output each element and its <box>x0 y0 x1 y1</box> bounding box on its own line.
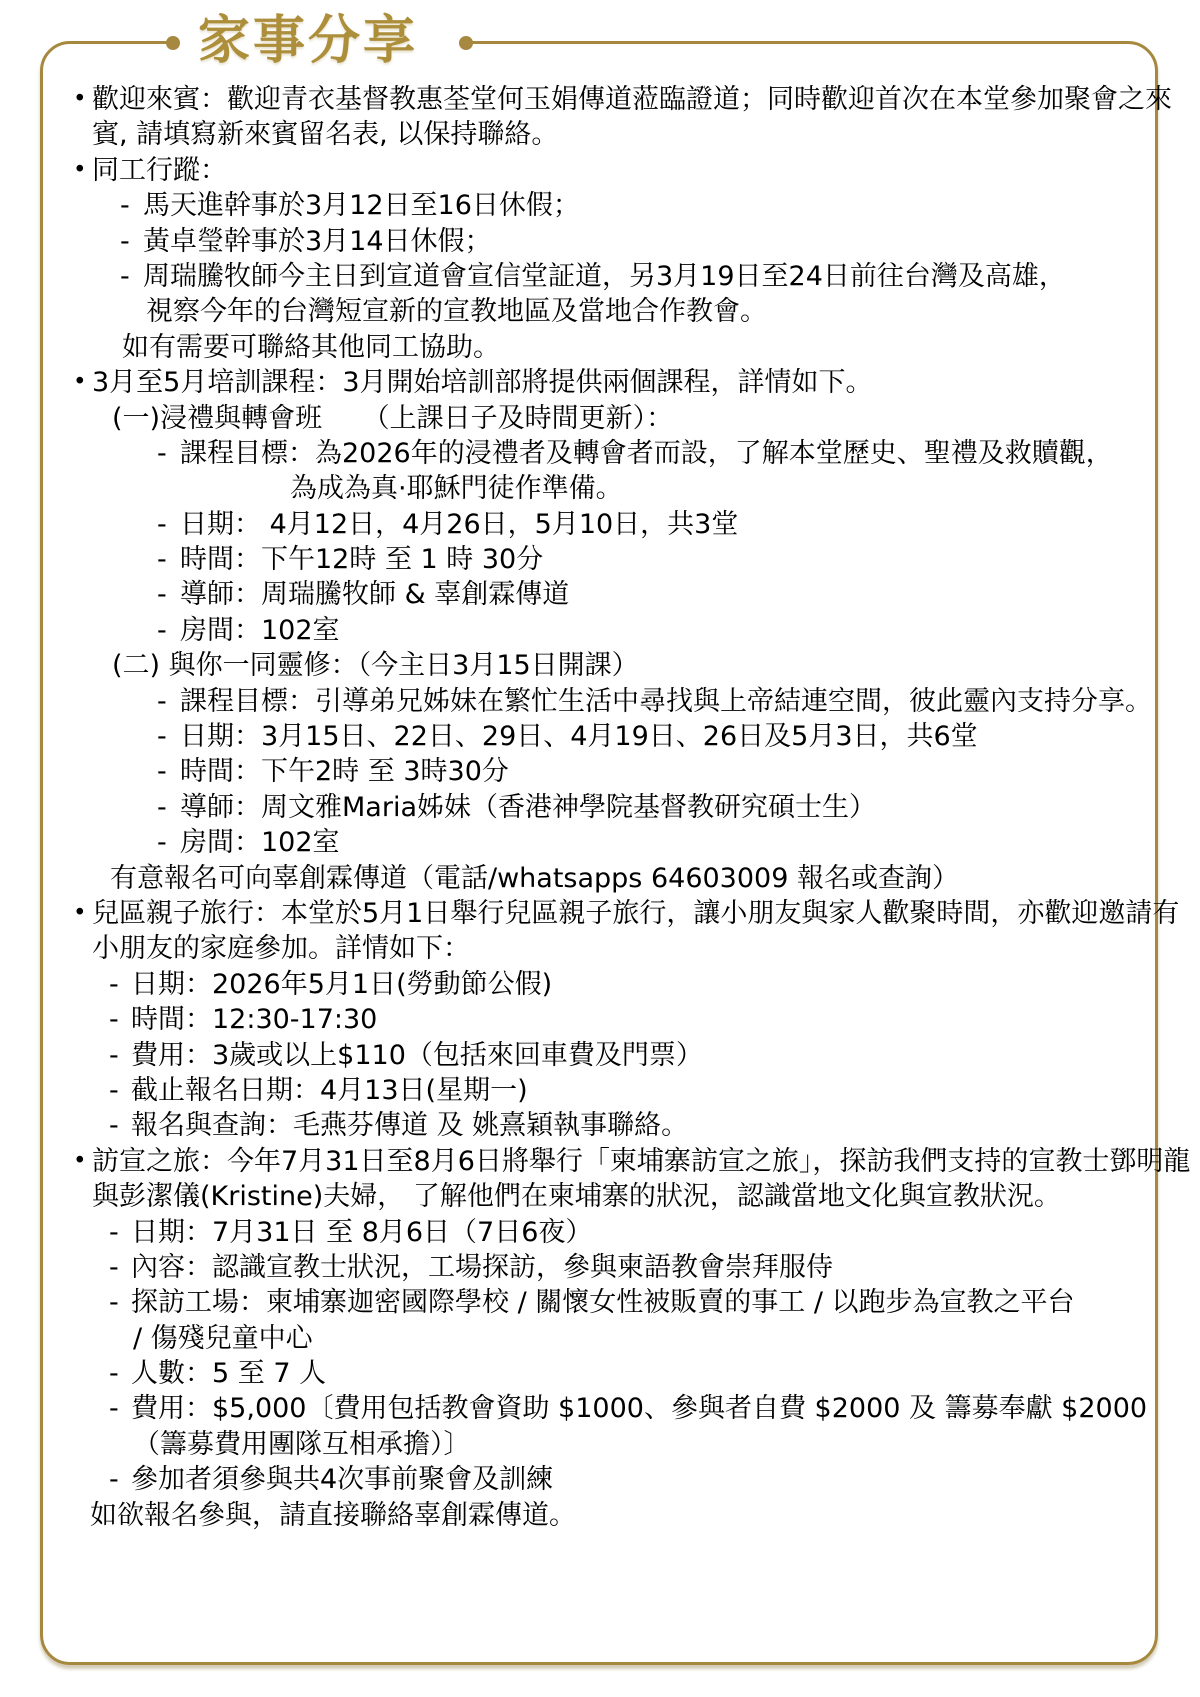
list-item: -時間：12:30-17:30 <box>0 1002 1200 1037</box>
list-item: -參加者須參與共4次事前聚會及訓練 <box>0 1462 1200 1497</box>
line-text: 導師：周文雅Maria姊妹（香港神學院基督教研究碩士生） <box>180 792 876 823</box>
line-text: 黃卓瑩幹事於3月14日休假； <box>143 226 492 257</box>
line-text: 時間：下午12時 至 1 時 30分 <box>180 544 543 575</box>
dash-marker: - <box>109 1250 119 1285</box>
content-list: •歡迎來賓：歡迎青衣基督教惠荃堂何玉娟傳道蒞臨證道；同時歡迎首次在本堂參加聚會之… <box>0 82 1200 1533</box>
list-item: •兒區親子旅行：本堂於5月1日舉行兒區親子旅行，讓小朋友與家人歡聚時間，亦歡迎邀… <box>0 896 1200 931</box>
list-item: 為成為真·耶穌門徒作準備。 <box>0 471 1200 506</box>
line-text: 日期：2026年5月1日(勞動節公假) <box>131 969 552 1000</box>
line-text: 課程目標：引導弟兄姊妹在繁忙生活中尋找與上帝結連空間，彼此靈內支持分享。 <box>180 686 1152 717</box>
list-item: 小朋友的家庭參加。詳情如下： <box>0 931 1200 966</box>
line-text: 日期：7月31日 至 8月6日（7日6夜） <box>131 1217 592 1248</box>
list-item: -日期： 4月12日，4月26日，5月10日，共3堂 <box>0 507 1200 542</box>
list-item: -時間：下午12時 至 1 時 30分 <box>0 542 1200 577</box>
dash-marker: - <box>109 1356 119 1391</box>
line-text: 費用：3歲或以上$110（包括來回車費及門票） <box>131 1040 703 1071</box>
list-item: -截止報名日期：4月13日(星期一) <box>0 1073 1200 1108</box>
line-text: 周瑞騰牧師今主日到宣道會宣信堂証道，另3月19日至24日前往台灣及高雄， <box>143 261 1066 292</box>
list-item: -導師：周文雅Maria姊妹（香港神學院基督教研究碩士生） <box>0 790 1200 825</box>
list-item: -時間：下午2時 至 3時30分 <box>0 754 1200 789</box>
dash-marker: - <box>109 1038 119 1073</box>
list-item: •歡迎來賓：歡迎青衣基督教惠荃堂何玉娟傳道蒞臨證道；同時歡迎首次在本堂參加聚會之… <box>0 82 1200 117</box>
line-text: 房間：102室 <box>180 827 340 858</box>
list-item: -人數：5 至 7 人 <box>0 1356 1200 1391</box>
list-item: •3月至5月培訓課程：3月開始培訓部將提供兩個課程，詳情如下。 <box>0 365 1200 400</box>
line-text: 與彭潔儀(Kristine)夫婦， 了解他們在柬埔寨的狀況，認識當地文化與宣教狀… <box>92 1181 1061 1212</box>
line-text: 同工行蹤： <box>92 155 227 186</box>
list-item: -課程目標：為2026年的浸禮者及轉會者而設，了解本堂歷史、聖禮及救贖觀， <box>0 436 1200 471</box>
list-item: -費用：$5,000〔費用包括教會資助 $1000、參與者自費 $2000 及 … <box>0 1391 1200 1426</box>
bullet-marker: • <box>73 153 87 188</box>
list-item: -黃卓瑩幹事於3月14日休假； <box>0 224 1200 259</box>
line-text: 報名與查詢：毛燕芬傳道 及 姚熹穎執事聯絡。 <box>131 1110 688 1141</box>
dash-marker: - <box>157 507 167 542</box>
dash-marker: - <box>157 613 167 648</box>
line-text: / 傷殘兒童中心 <box>133 1323 313 1354</box>
line-text: 視察今年的台灣短宣新的宣教地區及當地合作教會。 <box>146 296 767 327</box>
list-item: -課程目標：引導弟兄姊妹在繁忙生活中尋找與上帝結連空間，彼此靈內支持分享。 <box>0 684 1200 719</box>
bullet-marker: • <box>73 365 87 400</box>
line-text: 日期： 4月12日，4月26日，5月10日，共3堂 <box>180 509 738 540</box>
line-text: 探訪工場：柬埔寨迦密國際學校 / 關懷女性被販賣的事工 / 以跑步為宣教之平台 <box>131 1287 1075 1318</box>
line-text: 課程目標：為2026年的浸禮者及轉會者而設，了解本堂歷史、聖禮及救贖觀， <box>180 438 1113 469</box>
line-text: (一)浸禮與轉會班 （上課日子及時間更新）： <box>112 403 673 434</box>
list-item: 賓, 請填寫新來賓留名表, 以保持聯絡。 <box>0 117 1200 152</box>
dash-marker: - <box>157 542 167 577</box>
line-text: 內容：認識宣教士狀況，工場探訪，參與柬語教會崇拜服侍 <box>131 1252 833 1283</box>
line-text: 3月至5月培訓課程：3月開始培訓部將提供兩個課程，詳情如下。 <box>92 367 873 398</box>
list-item: -周瑞騰牧師今主日到宣道會宣信堂証道，另3月19日至24日前往台灣及高雄， <box>0 259 1200 294</box>
dash-marker: - <box>109 1073 119 1108</box>
dash-marker: - <box>109 1285 119 1320</box>
dash-marker: - <box>120 224 130 259</box>
list-item: 與彭潔儀(Kristine)夫婦， 了解他們在柬埔寨的狀況，認識當地文化與宣教狀… <box>0 1179 1200 1214</box>
list-item: 如欲報名參與，請直接聯絡辜創霖傳道。 <box>0 1498 1200 1533</box>
line-text: (二) 與你一同靈修：（今主日3月15日開課） <box>112 650 639 681</box>
line-text: 截止報名日期：4月13日(星期一) <box>131 1075 528 1106</box>
list-item: -導師：周瑞騰牧師 & 辜創霖傳道 <box>0 577 1200 612</box>
dash-marker: - <box>109 967 119 1002</box>
title-left-dot-icon <box>166 36 180 50</box>
line-text: 時間：下午2時 至 3時30分 <box>180 756 509 787</box>
dash-marker: - <box>120 188 130 223</box>
list-item: / 傷殘兒童中心 <box>0 1321 1200 1356</box>
list-item: (二) 與你一同靈修：（今主日3月15日開課） <box>0 648 1200 683</box>
line-text: 兒區親子旅行：本堂於5月1日舉行兒區親子旅行，讓小朋友與家人歡聚時間，亦歡迎邀請… <box>92 898 1179 929</box>
dash-marker: - <box>109 1108 119 1143</box>
line-text: 參加者須參與共4次事前聚會及訓練 <box>131 1464 553 1495</box>
dash-marker: - <box>157 684 167 719</box>
list-item: -房間：102室 <box>0 825 1200 860</box>
line-text: 日期：3月15日、22日、29日、4月19日、26日及5月3日，共6堂 <box>180 721 978 752</box>
list-item: -日期：2026年5月1日(勞動節公假) <box>0 967 1200 1002</box>
list-item: -日期：3月15日、22日、29日、4月19日、26日及5月3日，共6堂 <box>0 719 1200 754</box>
line-text: 馬天進幹事於3月12日至16日休假； <box>143 190 580 221</box>
line-text: 人數：5 至 7 人 <box>131 1358 326 1389</box>
list-item: -房間：102室 <box>0 613 1200 648</box>
list-item: -日期：7月31日 至 8月6日（7日6夜） <box>0 1215 1200 1250</box>
line-text: 費用：$5,000〔費用包括教會資助 $1000、參與者自費 $2000 及 籌… <box>131 1393 1147 1424</box>
line-text: （籌募費用團隊互相承擔）〕 <box>133 1429 471 1460</box>
dash-marker: - <box>109 1462 119 1497</box>
list-item: •同工行蹤： <box>0 153 1200 188</box>
line-text: 導師：周瑞騰牧師 & 辜創霖傳道 <box>180 579 569 610</box>
list-item: •訪宣之旅：今年7月31日至8月6日將舉行「柬埔寨訪宣之旅」，探訪我們支持的宣教… <box>0 1144 1200 1179</box>
line-text: 訪宣之旅：今年7月31日至8月6日將舉行「柬埔寨訪宣之旅」，探訪我們支持的宣教士… <box>92 1146 1190 1177</box>
line-text: 小朋友的家庭參加。詳情如下： <box>92 933 470 964</box>
bullet-marker: • <box>73 1144 87 1179</box>
bullet-marker: • <box>73 82 87 117</box>
list-item: -馬天進幹事於3月12日至16日休假； <box>0 188 1200 223</box>
line-text: 如欲報名參與，請直接聯絡辜創霖傳道。 <box>90 1500 576 1531</box>
title-right-dot-icon <box>459 36 473 50</box>
dash-marker: - <box>157 436 167 471</box>
bullet-marker: • <box>73 896 87 931</box>
line-text: 如有需要可聯絡其他同工協助。 <box>122 332 500 363</box>
list-item: （籌募費用團隊互相承擔）〕 <box>0 1427 1200 1462</box>
line-text: 有意報名可向辜創霖傳道（電話/whatsapps 64603009 報名或查詢） <box>110 863 959 894</box>
dash-marker: - <box>109 1391 119 1426</box>
line-text: 賓, 請填寫新來賓留名表, 以保持聯絡。 <box>92 119 558 150</box>
list-item: 視察今年的台灣短宣新的宣教地區及當地合作教會。 <box>0 294 1200 329</box>
list-item: -內容：認識宣教士狀況，工場探訪，參與柬語教會崇拜服侍 <box>0 1250 1200 1285</box>
dash-marker: - <box>157 577 167 612</box>
list-item: -費用：3歲或以上$110（包括來回車費及門票） <box>0 1038 1200 1073</box>
list-item: -探訪工場：柬埔寨迦密國際學校 / 關懷女性被販賣的事工 / 以跑步為宣教之平台 <box>0 1285 1200 1320</box>
dash-marker: - <box>120 259 130 294</box>
dash-marker: - <box>109 1002 119 1037</box>
dash-marker: - <box>109 1215 119 1250</box>
list-item: (一)浸禮與轉會班 （上課日子及時間更新）： <box>0 401 1200 436</box>
dash-marker: - <box>157 754 167 789</box>
page-title: 家事分享 <box>198 13 418 69</box>
line-text: 房間：102室 <box>180 615 340 646</box>
list-item: 有意報名可向辜創霖傳道（電話/whatsapps 64603009 報名或查詢） <box>0 861 1200 896</box>
dash-marker: - <box>157 719 167 754</box>
list-item: 如有需要可聯絡其他同工協助。 <box>0 330 1200 365</box>
line-text: 歡迎來賓：歡迎青衣基督教惠荃堂何玉娟傳道蒞臨證道；同時歡迎首次在本堂參加聚會之來 <box>92 84 1172 115</box>
line-text: 時間：12:30-17:30 <box>131 1004 377 1035</box>
line-text: 為成為真·耶穌門徒作準備。 <box>290 473 623 504</box>
list-item: -報名與查詢：毛燕芬傳道 及 姚熹穎執事聯絡。 <box>0 1108 1200 1143</box>
dash-marker: - <box>157 790 167 825</box>
dash-marker: - <box>157 825 167 860</box>
